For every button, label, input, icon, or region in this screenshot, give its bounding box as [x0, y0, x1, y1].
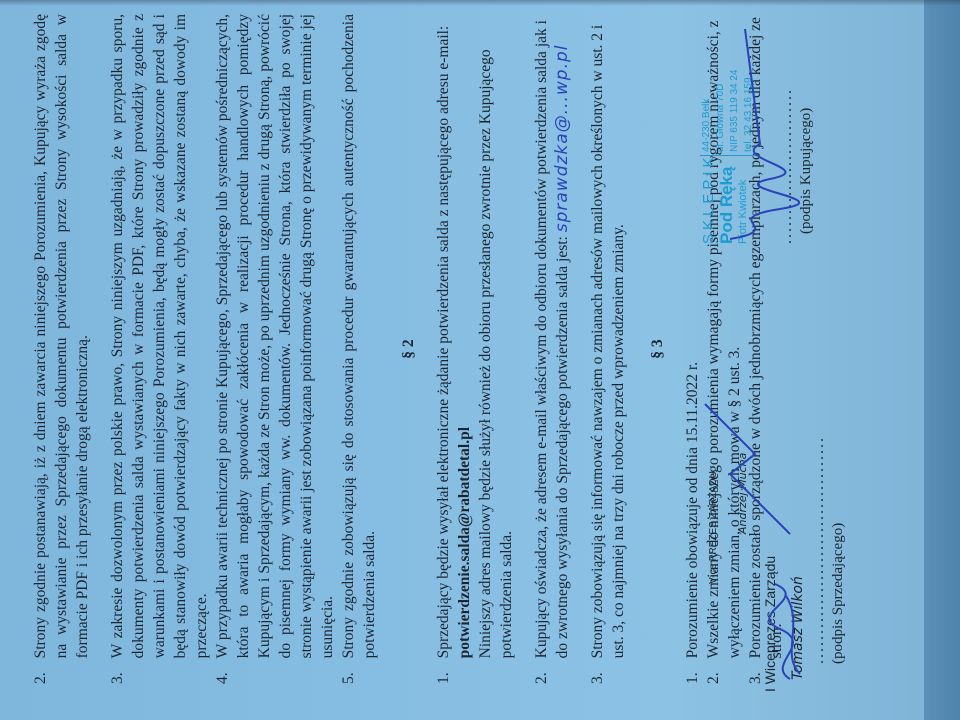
section2-title: § 2 — [398, 14, 419, 684]
seller-name-2: Andrzej Mucha — [736, 453, 749, 534]
buyer-signature-line: .......................... — [778, 88, 796, 244]
seller-signature-line: ...................................... — [810, 436, 828, 664]
buyer-stamp: SKLEPIK Pod Ręką Piotr Kwiotek 44-230 Be… — [700, 44, 749, 244]
seller-signature-label: (podpis Sprzedającego) — [830, 523, 847, 664]
section1-list: 2. Strony zgodnie postanawiają, iż z dni… — [30, 14, 380, 684]
document-body: 2. Strony zgodnie postanawiają, iż z dni… — [30, 14, 787, 684]
section1-item-3: 3. W zakresie dozwolonym przez polskie p… — [107, 14, 212, 684]
signature-area: I Wiceprezes Zarządu Tomasz Wilkoń V-ce … — [700, 14, 880, 684]
seller-role-2: V-ce PREZES ZARZĄDU — [708, 471, 719, 584]
stamp-details: 44-230 Bełk ul. Główna 70D NIP 635 119 3… — [700, 70, 756, 156]
section1-item-5: 5. Strony zgodnie zobowiązują się do sto… — [338, 14, 380, 684]
seller-role-1: I Wiceprezes Zarządu — [762, 556, 778, 692]
section2-item-3: 3. Strony zobowiązują się informować naw… — [587, 14, 629, 684]
background-edge — [924, 0, 960, 720]
section1-item-2: 2. Strony zgodnie postanawiają, iż z dni… — [30, 14, 93, 684]
seller-name-1: Tomasz Wilkoń — [790, 576, 806, 680]
document-page: 2. Strony zgodnie postanawiają, iż z dni… — [0, 0, 900, 720]
section3-title: § 3 — [647, 14, 668, 684]
seller-email: potwierdzenie.salda@rabatdetal.pl — [456, 427, 473, 658]
section2-item-1: 1. Sprzedający będzie wysyłał elektronic… — [433, 14, 517, 684]
section1-item-4: 4. W przypadku awarii technicznej po str… — [212, 14, 338, 684]
buyer-email-handwritten: sprawdzka@...wp.pl — [552, 45, 572, 233]
section2-item-2: 2. Kupujący oświadcza, że adresem e-mail… — [531, 14, 573, 684]
buyer-signature-label: (podpis Kupującego) — [798, 108, 815, 234]
